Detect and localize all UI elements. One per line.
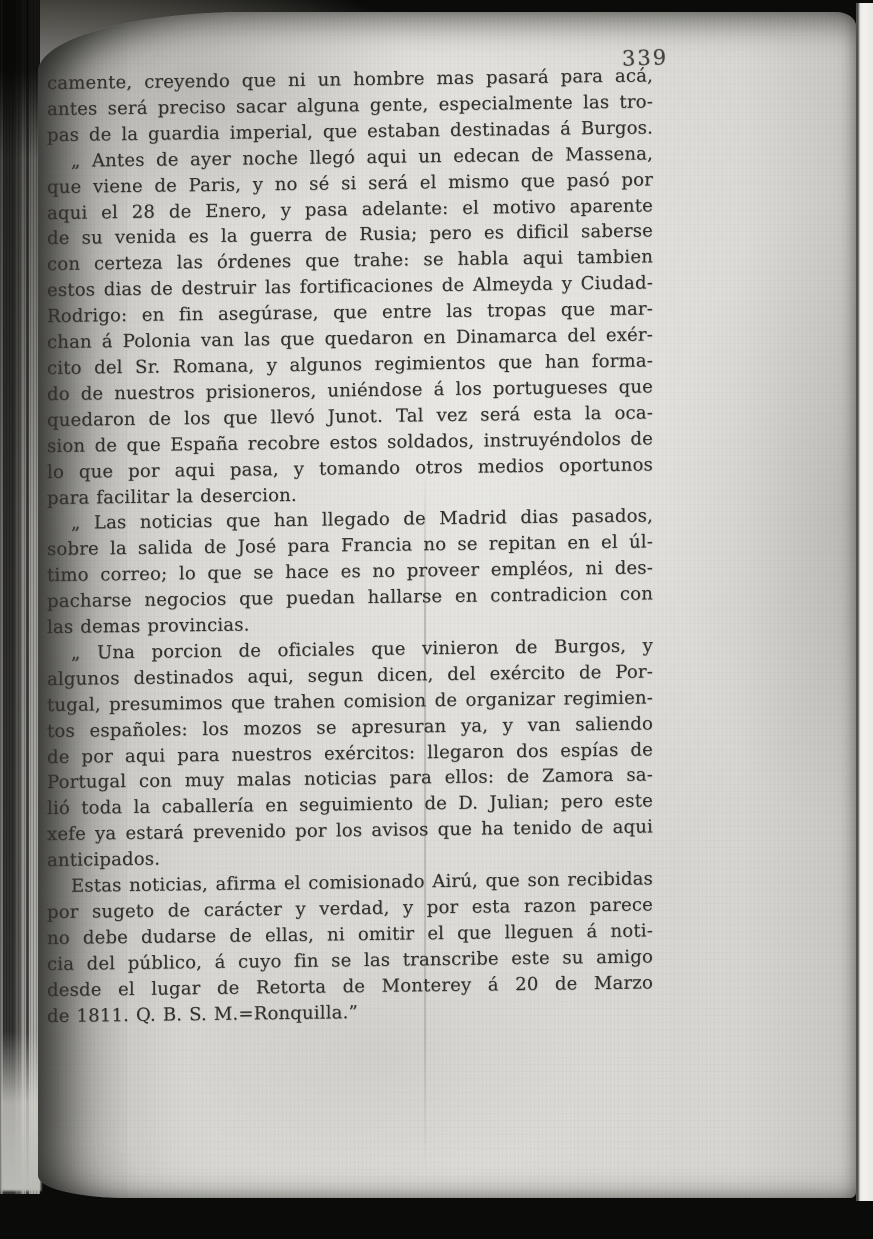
fore-edge-page-stack	[856, 3, 873, 1201]
page-text-column: camente, creyendo que ni un hombre mas p…	[47, 63, 653, 1029]
book-gutter-page-edges	[0, 0, 40, 1194]
scanned-book-page-photo: 339 camente, creyendo que ni un hombre m…	[0, 0, 873, 1239]
page-edge-highlight	[1, 1031, 41, 1191]
